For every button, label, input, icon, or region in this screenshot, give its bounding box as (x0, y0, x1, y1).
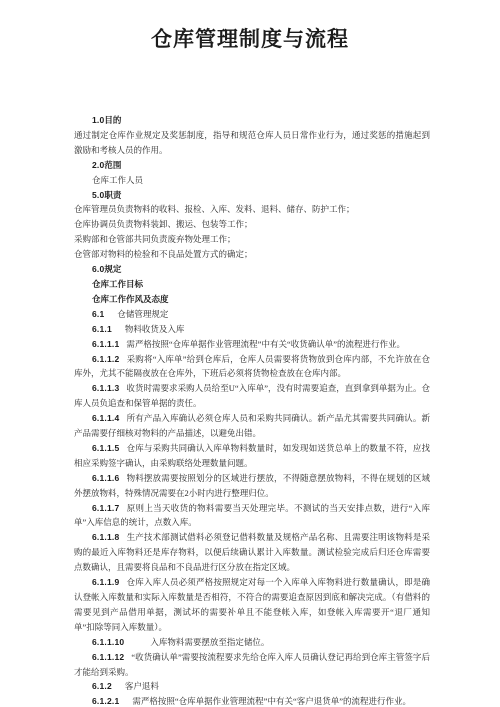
item-number: 6.1.1.12 (92, 652, 124, 662)
paragraph-text: 仓管部对物料的检验和不良品处置方式的确定； (74, 249, 253, 259)
paragraph-text: 原则上当天收货的物料需要当天处理完毕。不测试的当天安排点数，进行“入库单”入库信… (74, 503, 430, 528)
doc-paragraph: 采购部和仓管部共同负责废弃物处理工作； (74, 232, 430, 247)
doc-paragraph: 仓库管理员负责物料的收料、报检、入库、发料、退料、储存、防护工作； (74, 202, 430, 217)
paragraph-text: 仓库工作作风及态度 (92, 294, 169, 304)
paragraph-text: 通过制定仓库作业规定及奖惩制度，指导和规范仓库人员日常作业行为，通过奖惩的措施起… (74, 130, 430, 155)
doc-heading: 2.0范围 (74, 158, 430, 173)
paragraph-text: 物料收货及入库 (125, 324, 185, 334)
doc-heading: 仓库工作作风及态度 (74, 292, 430, 307)
doc-item: 6.1.1.6物料摆放需要按照划分的区域进行摆放，不得随意摆放物料，不得在规划的… (74, 471, 430, 501)
item-number: 6.1.1.8 (92, 532, 119, 542)
paragraph-text: 仓库协调员负责物料装卸、搬运、包装等工作； (74, 219, 253, 229)
doc-paragraph: 仓管部对物料的检验和不良品处置方式的确定； (74, 247, 430, 262)
doc-heading: 5.0职责 (74, 188, 430, 203)
paragraph-text: 收货时需要求采购人员给至U“入库单”，没有时需要追查，直到拿到单据为止。仓库人员… (74, 383, 430, 408)
doc-item: 6.1.1.4所有产品入库确认必须仓库人员和采购共同确认。新产品尤其需要共同确认… (74, 411, 430, 441)
paragraph-text: 客户退料 (125, 681, 159, 691)
doc-item: 6.1.2客户退料 (74, 679, 430, 694)
item-number: 6.1.1.2 (92, 354, 119, 364)
paragraph-text: 物料摆放需要按照划分的区域进行摆放，不得随意摆放物料，不得在规划的区域外摆放物料… (74, 473, 430, 498)
item-number: 6.1.2.1 (92, 696, 119, 706)
doc-paragraph: 仓库工作人员 (74, 173, 430, 188)
paragraph-text: 仓库与采购共同确认入库单物料数量时，如发现如送货总单上的数量不符，应找相应采购签… (74, 443, 430, 468)
item-number: 6.1.2 (92, 681, 112, 691)
document-body: 1.0目的通过制定仓库作业规定及奖惩制度，指导和规范仓库人员日常作业行为，通过奖… (0, 51, 500, 707)
document-title: 仓库管理制度与流程 (0, 0, 500, 51)
doc-paragraph: 通过制定仓库作业规定及奖惩制度，指导和规范仓库人员日常作业行为，通过奖惩的措施起… (74, 128, 430, 158)
doc-item: 6.1.1.5仓库与采购共同确认入库单物料数量时，如发现如送货总单上的数量不符，… (74, 441, 430, 471)
item-number: 2.0 (92, 160, 104, 170)
doc-item: 6.1.1物料收货及入库 (74, 322, 430, 337)
doc-item: 6.1.1.1需严格按照“仓库单据作业管理流程”中有关“收货确认单”的流程进行作… (74, 337, 430, 352)
paragraph-text: 规定 (104, 264, 121, 274)
doc-heading: 1.0目的 (74, 113, 430, 128)
doc-item: 6.1.1.2采购将“入库单”给到仓库后，仓库人员需要将货物放到仓库内部，不允许… (74, 352, 430, 382)
doc-item: 6.1.1.7原则上当天收货的物料需要当天处理完毕。不测试的当天安排点数，进行“… (74, 501, 430, 531)
paragraph-text: 需严格按照“仓库单据作业管理流程”中有关“客户退货单”的流程进行作业。 (132, 696, 411, 706)
paragraph-text: 需严格按照“仓库单据作业管理流程”中有关“收货确认单”的流程进行作业。 (126, 339, 405, 349)
item-number: 6.1.1.10 (92, 637, 124, 647)
doc-item: 6.1仓储管理规定 (74, 307, 430, 322)
doc-item: 6.1.1.10入库物料需要摆放至指定储位。 (74, 635, 430, 650)
item-number: 6.1.1.5 (92, 443, 119, 453)
item-number: 6.1.1.4 (92, 413, 119, 423)
item-number: 6.1 (92, 309, 104, 319)
paragraph-text: 采购将“入库单”给到仓库后，仓库人员需要将货物放到仓库内部，不允许放在仓库外，尤… (74, 354, 430, 379)
paragraph-text: 生产技术部测试借料必须登记借料数量及规格产品名称、且需要注明该物料是采购的最近入… (74, 532, 430, 572)
item-number: 6.1.1.3 (92, 383, 119, 393)
paragraph-text: 仓库工作目标 (92, 279, 143, 289)
item-number: 6.1.1 (92, 324, 112, 334)
paragraph-text: 入库物料需要摆放至指定储位。 (150, 637, 269, 647)
paragraph-text: 职责 (104, 190, 121, 200)
doc-item: 6.1.1.3收货时需要求采购人员给至U“入库单”，没有时需要追查，直到拿到单据… (74, 381, 430, 411)
doc-paragraph: 仓库协调员负责物料装卸、搬运、包装等工作； (74, 217, 430, 232)
paragraph-text: 仓库工作人员 (92, 175, 143, 185)
item-number: 6.1.1.1 (92, 339, 119, 349)
item-number: 5.0 (92, 190, 104, 200)
item-number: 1.0 (92, 115, 104, 125)
item-number: 6.1.1.6 (92, 473, 119, 483)
paragraph-text: 范围 (104, 160, 121, 170)
paragraph-text: 仓库入库人员必须严格按照规定对每一个入库单入库物料进行数量确认，即是确认登帐入库… (74, 577, 430, 632)
paragraph-text: “收货确认单”需要按流程要求先给仓库入库人员确认登记再给到仓库主管签字后才能给到… (74, 652, 430, 677)
paragraph-text: 所有产品入库确认必须仓库人员和采购共同确认。新产品尤其需要共同确认。新产品需要仔… (74, 413, 430, 438)
paragraph-text: 采购部和仓管部共同负责废弃物处理工作； (74, 234, 236, 244)
item-number: 6.1.1.7 (92, 503, 119, 513)
paragraph-text: 仓储管理规定 (117, 309, 168, 319)
doc-item: 6.1.1.12“收货确认单”需要按流程要求先给仓库入库人员确认登记再给到仓库主… (74, 650, 430, 680)
doc-heading: 仓库工作目标 (74, 277, 430, 292)
item-number: 6.0 (92, 264, 104, 274)
doc-item: 6.1.2.1需严格按照“仓库单据作业管理流程”中有关“客户退货单”的流程进行作… (74, 694, 430, 707)
item-number: 6.1.1.9 (92, 577, 119, 587)
paragraph-text: 目的 (104, 115, 121, 125)
doc-item: 6.1.1.8生产技术部测试借料必须登记借料数量及规格产品名称、且需要注明该物料… (74, 530, 430, 575)
document-page: 仓库管理制度与流程 1.0目的通过制定仓库作业规定及奖惩制度，指导和规范仓库人员… (0, 0, 500, 707)
doc-heading: 6.0规定 (74, 262, 430, 277)
paragraph-text: 仓库管理员负责物料的收料、报检、入库、发料、退料、储存、防护工作； (74, 204, 355, 214)
doc-item: 6.1.1.9仓库入库人员必须严格按照规定对每一个入库单入库物料进行数量确认，即… (74, 575, 430, 635)
